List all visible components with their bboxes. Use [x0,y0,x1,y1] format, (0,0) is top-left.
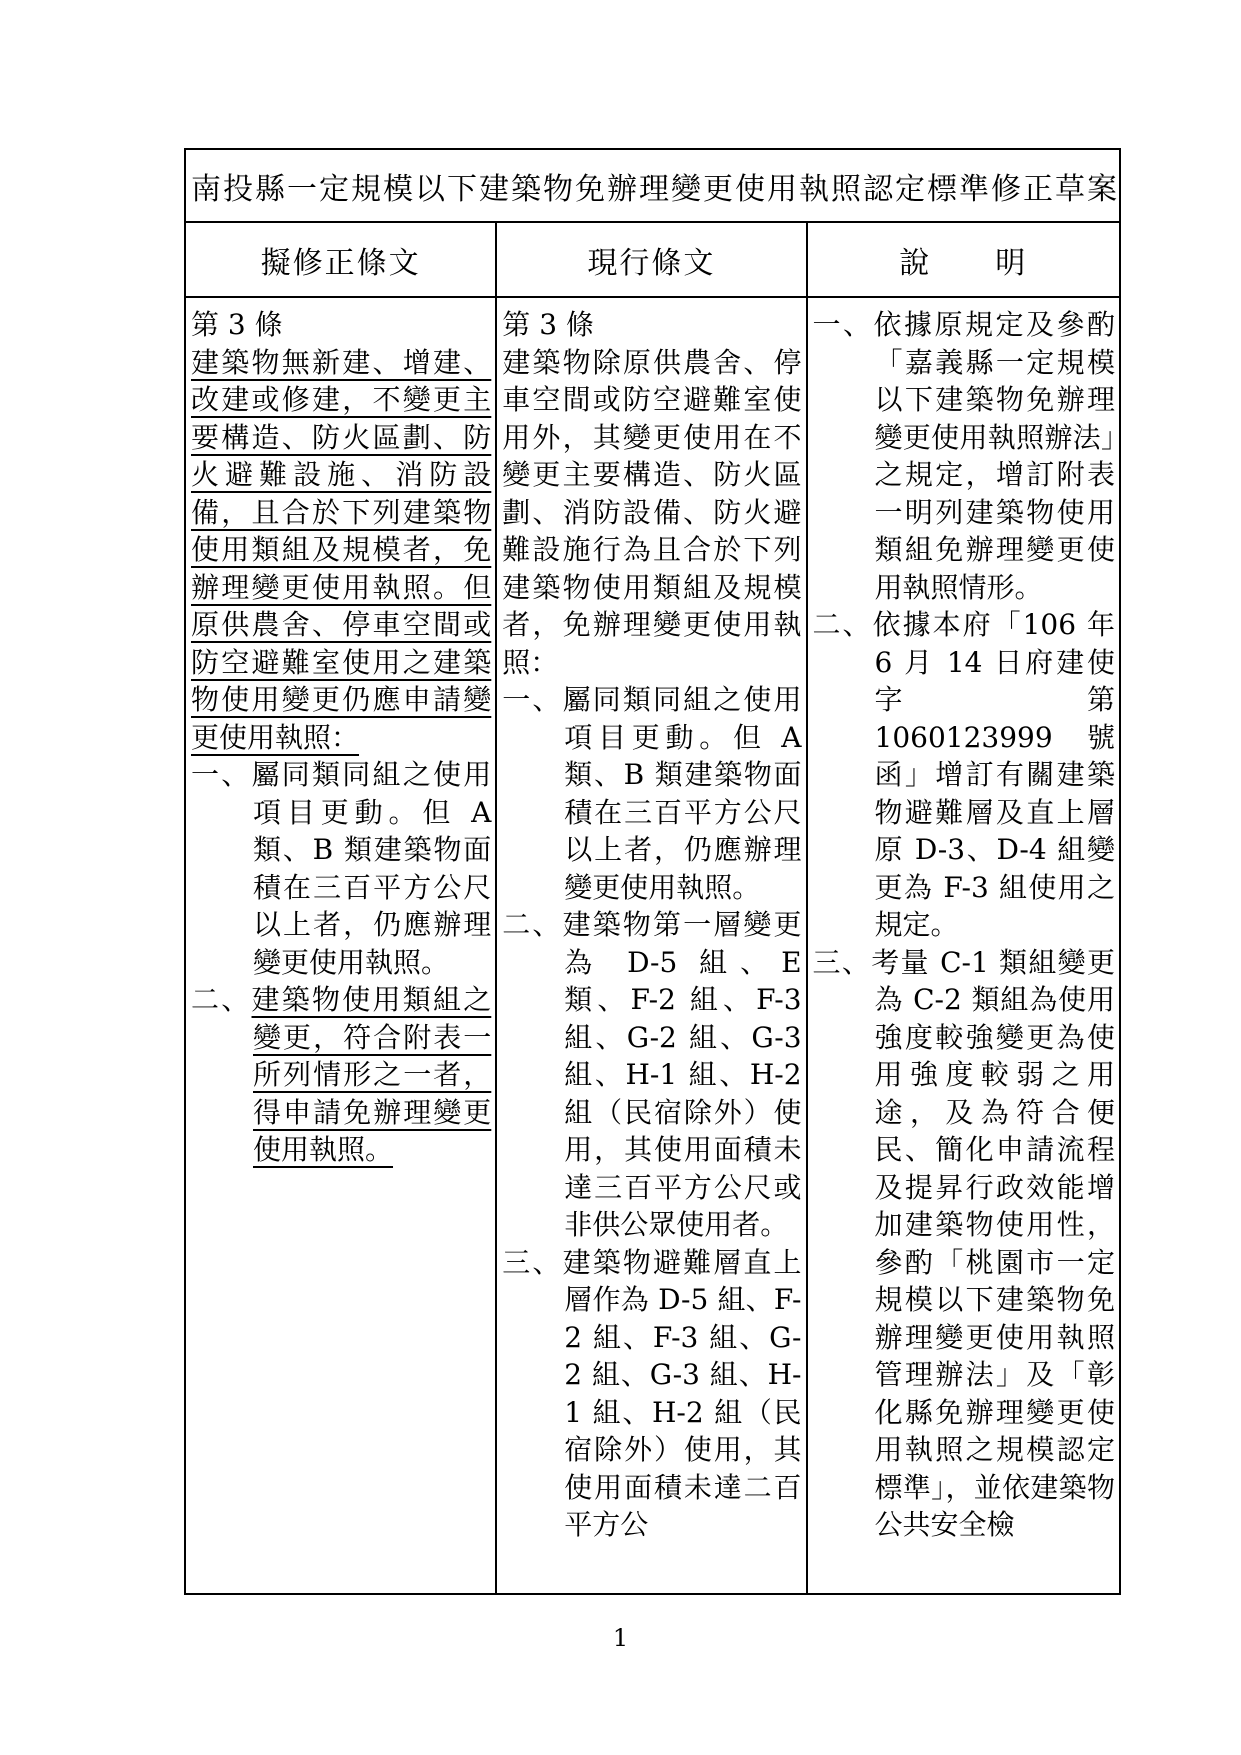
current-paragraph: 建築物除原供農舍、停車空間或防空避難室使用外，其變更使用在不變更主要構造、防火區… [502,344,801,682]
item-text: 依據本府「106 年 6 月 14 日府建使字第 1060123999 號函」增… [873,608,1115,941]
explanation-list-item-3: 三、考量 C-1 類組變更為 C-2 類組為使用強度較強變更為使用強度較弱之用途… [813,944,1115,1544]
item-marker: 三、 [813,946,872,979]
item-text: 屬同類同組之使用項目更動。但 A 類、B 類建築物面積在三百平方公尺以上者，仍應… [252,758,492,979]
item-marker: 一、 [191,758,252,791]
current-column-cell: 第 3 條 建築物除原供農舍、停車空間或防空避難室使用外，其變更使用在不變更主要… [496,297,806,1594]
current-article-number: 第 3 條 [502,306,801,344]
current-list-item-3: 三、建築物避難層直上層作為 D-5 組、F-2 組、F-3 組、G-2 組、G-… [502,1244,801,1544]
item-marker: 一、 [502,683,562,716]
item-marker: 二、 [502,908,562,941]
current-list-item-2: 二、建築物第一層變更為 D-5 組、E 類、F-2 組、F-3 組、G-2 組、… [502,906,801,1244]
item-text: 依據原規定及參酌「嘉義縣一定規模以下建築物免辦理變更使用執照辦法」之規定，增訂附… [874,308,1115,604]
amended-column-cell: 第 3 條 建築物無新建、增建、改建或修建，不變更主要構造、防火區劃、防火避難設… [185,297,496,1594]
explanation-list-item-1: 一、依據原規定及參酌「嘉義縣一定規模以下建築物免辦理變更使用執照辦法」之規定，增… [813,306,1115,606]
item-text: 建築物使用類組之變更，符合附表一所列情形之一者，得申請免辦理變更使用執照。 [252,983,492,1166]
column-header-amended: 擬修正條文 [185,222,496,297]
column-header-current: 現行條文 [496,222,806,297]
explanation-column-cell: 一、依據原規定及參酌「嘉義縣一定規模以下建築物免辦理變更使用執照辦法」之規定，增… [807,297,1120,1594]
comparison-table: 南投縣一定規模以下建築物免辦理變更使用執照認定標準修正草案 擬修正條文 現行條文… [184,148,1121,1595]
item-text: 考量 C-1 類組變更為 C-2 類組為使用強度較強變更為使用強度較弱之用途，及… [871,946,1115,1542]
item-text: 建築物第一層變更為 D-5 組、E 類、F-2 組、F-3 組、G-2 組、G-… [563,908,802,1241]
table-title: 南投縣一定規模以下建築物免辦理變更使用執照認定標準修正草案 [185,149,1120,222]
amended-article-number: 第 3 條 [191,306,491,344]
item-text: 屬同類同組之使用項目更動。但 A 類、B 類建築物面積在三百平方公尺以上者，仍應… [563,683,802,904]
amended-paragraph: 建築物無新建、增建、改建或修建，不變更主要構造、防火區劃、防火避難設施、消防設備… [191,344,491,757]
item-marker: 三、 [502,1246,562,1279]
current-list-item-1: 一、屬同類同組之使用項目更動。但 A 類、B 類建築物面積在三百平方公尺以上者，… [502,681,801,906]
item-text: 建築物避難層直上層作為 D-5 組、F-2 組、F-3 組、G-2 組、G-3 … [563,1246,802,1542]
explanation-list-item-2: 二、依據本府「106 年 6 月 14 日府建使字第 1060123999 號函… [813,606,1115,944]
column-header-explanation: 說 明 [807,222,1120,297]
amended-list-item-2: 二、建築物使用類組之變更，符合附表一所列情形之一者，得申請免辦理變更使用執照。 [191,981,491,1169]
item-marker: 二、 [191,983,252,1016]
item-marker: 二、 [813,608,873,641]
amended-list-item-1: 一、屬同類同組之使用項目更動。但 A 類、B 類建築物面積在三百平方公尺以上者，… [191,756,491,981]
page-number: 1 [0,1624,1241,1652]
document-page: 南投縣一定規模以下建築物免辦理變更使用執照認定標準修正草案 擬修正條文 現行條文… [0,0,1241,1755]
item-marker: 一、 [813,308,874,341]
